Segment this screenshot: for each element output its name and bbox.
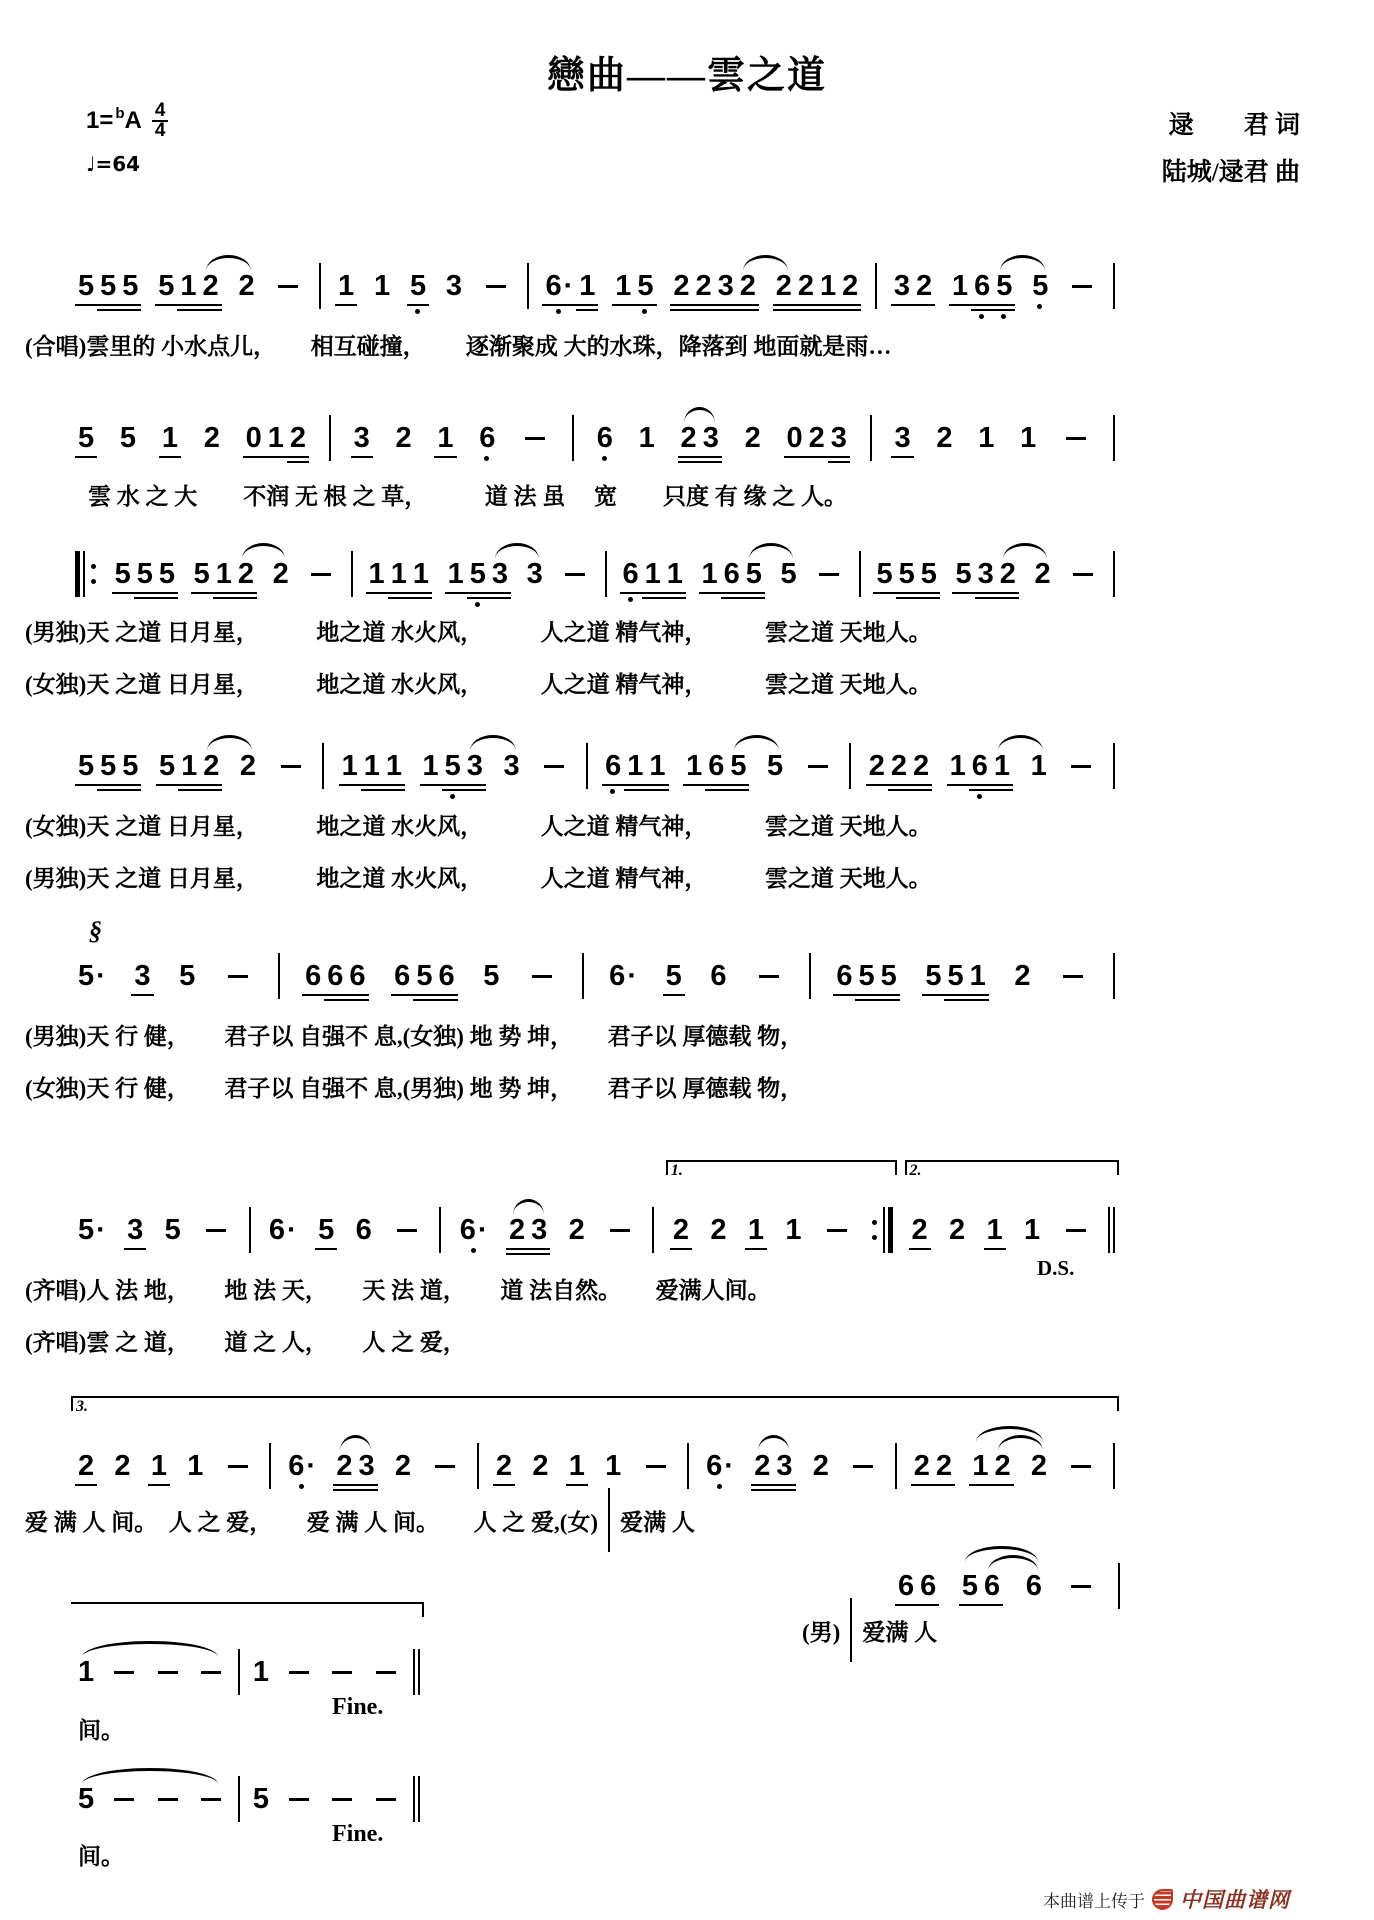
beam-underline: [177, 309, 199, 311]
tie-arc: [340, 1435, 371, 1451]
beam-underline: [213, 592, 235, 594]
dash: [390, 1229, 424, 1232]
beam-underline: [119, 309, 141, 311]
note-1: 1: [949, 271, 971, 301]
note-2: 2: [933, 1451, 955, 1481]
tie-arc: [513, 1199, 544, 1215]
beam-underline: [119, 789, 141, 791]
beam-underline: [991, 784, 1013, 786]
dash: [1056, 975, 1090, 978]
measure-row: 22116·23222116·23222122: [75, 1442, 1115, 1490]
beam-underline: [489, 592, 511, 594]
note-5: 5: [162, 1215, 184, 1245]
tie-arc: [976, 1426, 1043, 1442]
tie-arc: [82, 1768, 219, 1784]
barline: [652, 1207, 654, 1253]
note-3: 3: [464, 751, 486, 781]
beam-underline: [445, 592, 467, 594]
note-5: 5: [952, 559, 974, 589]
low-octave-dot: [628, 597, 633, 602]
dash: [1066, 437, 1086, 440]
note-5: 5: [75, 423, 97, 453]
dash: [332, 1798, 352, 1801]
dash: [603, 1229, 637, 1232]
beam-underline: [391, 994, 413, 996]
note-6: 6: [969, 751, 991, 781]
note-1: 1: [388, 559, 410, 589]
lyrics-row: (女独)天 之道 日月星， 地之道 水火风， 人之道 精气神， 雲之道 天地人。: [25, 666, 932, 699]
low-octave-dot: [556, 309, 561, 314]
beam-group: 165: [699, 559, 765, 589]
note-6: 6·: [542, 271, 576, 301]
lyric-divider-line: [850, 1598, 852, 1662]
beam-underline: [333, 1489, 355, 1491]
beam-underline: [913, 304, 935, 306]
beam-underline: [795, 304, 817, 306]
beam-group: 56: [959, 1571, 1003, 1601]
beam-underline: [997, 597, 1019, 599]
beam-underline: [745, 1248, 767, 1250]
notation-line-6: 5·356·566·23222112211D.S.1.2.: [75, 1206, 1115, 1254]
note-1: 1: [664, 559, 686, 589]
note-6: 6: [971, 271, 993, 301]
dash: [274, 765, 308, 768]
beam-underline: [737, 309, 759, 311]
dash: [812, 573, 846, 576]
dash: [525, 975, 559, 978]
note-2: 2: [235, 271, 257, 301]
beam-group: 222: [866, 751, 932, 781]
dash: [486, 285, 506, 288]
barline: [1113, 743, 1115, 789]
beam-underline: [119, 304, 141, 306]
note-1: 1: [420, 751, 442, 781]
barline: [278, 953, 280, 999]
fine-label: Fine.: [332, 1821, 383, 1848]
beam-group: 532: [952, 559, 1018, 589]
note-1: 1: [817, 271, 839, 301]
note-5: 5: [97, 751, 119, 781]
barline: [329, 415, 331, 461]
dash: [369, 1798, 403, 1801]
note-2: 2: [773, 271, 795, 301]
dash: [518, 437, 552, 440]
beam-group: 23: [506, 1215, 550, 1245]
barline: [859, 551, 861, 597]
barline: [238, 1649, 240, 1695]
beam-underline: [855, 994, 877, 996]
note-2: 2: [200, 271, 222, 301]
dash: [610, 1229, 630, 1232]
note-6: 6·: [285, 1451, 319, 1481]
note-5: 5: [922, 961, 944, 991]
beam-underline: [878, 999, 900, 1001]
note-3: 3: [891, 423, 913, 453]
beam-underline: [612, 304, 634, 306]
lyric-text: (女独)天 之道 日月星， 地之道 水火风， 人之道 精气神， 雲之道 天地人。: [25, 808, 932, 841]
beam-underline: [721, 592, 743, 594]
note-3: 3: [124, 1215, 146, 1245]
note-5: 5: [743, 559, 765, 589]
lyrics-row: (男独)天 行 健， 君子以 自强不 息,(女独) 地 势 坤， 君子以 厚德载…: [25, 1018, 803, 1051]
note-2: 2: [1028, 1451, 1050, 1481]
tie-arc: [206, 255, 251, 271]
lyric-divider-line: [608, 1488, 610, 1552]
note-6: 6·: [606, 961, 640, 991]
beam-underline: [773, 304, 795, 306]
tie-arc: [965, 1546, 1038, 1562]
beam-underline: [705, 784, 727, 786]
beam-underline: [743, 597, 765, 599]
note-1: 1: [1028, 751, 1050, 781]
beam-underline: [895, 1604, 917, 1606]
note-6: 6: [346, 961, 368, 991]
beam-underline: [971, 309, 993, 311]
note-6: 6·: [457, 1215, 491, 1245]
lyrics-row: (女独)天 行 健， 君子以 自强不 息,(男独) 地 势 坤， 君子以 厚德载…: [25, 1070, 803, 1103]
beam-underline: [839, 304, 861, 306]
dash: [228, 1465, 248, 1468]
beam-underline: [355, 1484, 377, 1486]
beam-underline: [528, 1248, 550, 1250]
beam-underline: [112, 592, 134, 594]
beam-underline: [839, 309, 861, 311]
dash: [194, 1671, 228, 1674]
beam-group: 111: [339, 751, 405, 781]
note-1: 1: [361, 751, 383, 781]
beam-group: 165: [949, 271, 1015, 301]
beam-underline: [324, 994, 346, 996]
note-2: 2: [909, 1215, 931, 1245]
beam-underline: [664, 597, 686, 599]
barline: [322, 743, 324, 789]
dash: [558, 573, 592, 576]
note-5: 5: [119, 271, 141, 301]
notation-line-2: 55120123216612320233211: [75, 414, 1115, 462]
key-prefix: 1=: [86, 107, 113, 135]
low-octave-dot: [450, 794, 455, 799]
beam-underline: [624, 789, 646, 791]
dash: [325, 1671, 359, 1674]
beam-underline: [737, 304, 759, 306]
beam-underline: [235, 597, 257, 599]
note-1: 1: [624, 751, 646, 781]
beam-underline: [949, 304, 971, 306]
dash: [201, 1671, 221, 1674]
note-2: 2: [75, 1451, 97, 1481]
final-barline: [413, 1776, 420, 1822]
lyrics-row: (男)爱满 人: [802, 1614, 937, 1662]
beam-underline: [178, 784, 200, 786]
tie-arc: [758, 1435, 789, 1451]
beam-underline: [97, 784, 119, 786]
dash: [1064, 1585, 1098, 1588]
note-1: 1: [636, 423, 658, 453]
beam-underline: [663, 994, 685, 996]
volta-bracket: [71, 1602, 424, 1618]
dash: [639, 1465, 673, 1468]
barline: [1113, 1443, 1115, 1489]
beam-underline: [952, 592, 974, 594]
beam-group: 555: [75, 751, 141, 781]
low-octave-dot: [979, 314, 984, 319]
note-5: 5: [778, 559, 800, 589]
note-5: 5: [727, 751, 749, 781]
note-5: 5: [176, 961, 198, 991]
lyric-text: (男独)天 行 健， 君子以 自强不 息,(女独) 地 势 坤， 君子以 厚德载…: [25, 1018, 803, 1051]
note-5: 5: [155, 271, 177, 301]
beam-underline: [213, 597, 235, 599]
beam-underline: [944, 999, 966, 1001]
beam-underline: [699, 592, 721, 594]
beam-underline: [991, 789, 1013, 791]
beam-underline: [969, 1484, 991, 1486]
dash: [846, 1465, 880, 1468]
note-1: 1: [434, 423, 456, 453]
note-5: 5: [156, 751, 178, 781]
volta-number: 2.: [910, 1162, 922, 1180]
beam-group: 512: [156, 751, 222, 781]
note-1: 1: [699, 559, 721, 589]
volta-number: 1.: [671, 1162, 683, 1180]
note-3: 3: [351, 423, 373, 453]
song-title: 戀曲——雲之道: [0, 44, 1374, 99]
note-2: 2: [737, 271, 759, 301]
note-1: 1: [683, 751, 705, 781]
lyric-text: (男): [802, 1614, 840, 1647]
beam-group: 555: [75, 271, 141, 301]
beam-underline: [969, 784, 991, 786]
tie-arc: [495, 543, 539, 559]
beam-underline: [828, 456, 850, 458]
note-2: 2: [201, 423, 223, 453]
low-octave-dot: [602, 456, 607, 461]
beam-underline: [124, 1248, 146, 1250]
note-1: 1: [646, 751, 668, 781]
lyrics-row: (女独)天 之道 日月星， 地之道 水火风， 人之道 精气神， 雲之道 天地人。: [25, 808, 932, 841]
dash: [107, 1798, 141, 1801]
beam-underline: [159, 456, 181, 458]
note-1: 1: [159, 423, 181, 453]
dash: [1065, 285, 1099, 288]
footer-upload-text: 本曲谱上传于: [1043, 1887, 1145, 1912]
beam-underline: [959, 1604, 981, 1606]
beam-underline: [773, 1484, 795, 1486]
lyric-text: 雲 水 之 大 不润 无 根 之 草， 道 法 虽 宽 只度 有 缘 之 人。: [88, 478, 847, 511]
beam-underline: [200, 309, 222, 311]
beam-underline: [464, 789, 486, 791]
dash: [1059, 1229, 1093, 1232]
note-2: 2: [678, 423, 700, 453]
note-1: 1: [1017, 423, 1039, 453]
dash: [1071, 765, 1091, 768]
dash: [282, 1798, 316, 1801]
note-2: 2: [1011, 961, 1033, 991]
note-2: 2: [810, 1451, 832, 1481]
note-5: 5: [855, 961, 877, 991]
beam-underline: [361, 784, 383, 786]
beam-underline: [620, 592, 642, 594]
barline: [1113, 551, 1115, 597]
note-3: 3: [528, 1215, 550, 1245]
beam-underline: [435, 999, 457, 1001]
note-6: 6: [895, 1571, 917, 1601]
barline: [572, 415, 574, 461]
beam-underline: [678, 456, 700, 458]
note-1: 1: [178, 751, 200, 781]
note-5: 5·: [75, 1215, 109, 1245]
volta-bracket: 1.: [666, 1160, 897, 1176]
beam-underline: [467, 597, 489, 599]
beam-underline: [727, 789, 749, 791]
final-barline: [413, 1649, 420, 1695]
dash: [151, 1798, 185, 1801]
beam-underline: [265, 456, 287, 458]
rest-note: 0: [243, 423, 265, 453]
augmentation-dot: ·: [306, 1451, 316, 1481]
note-1: 1: [612, 271, 634, 301]
beam-underline: [917, 1604, 939, 1606]
volta-bracket: 2.: [905, 1160, 1119, 1176]
barline: [809, 953, 811, 999]
note-6: 6: [302, 961, 324, 991]
note-2: 2: [933, 423, 955, 453]
note-6: 6: [353, 1215, 375, 1245]
note-6: 6: [1023, 1571, 1045, 1601]
qupu-site-logo-icon: [1152, 1889, 1173, 1910]
beam-underline: [806, 456, 828, 458]
tempo-marking: ♩=64: [86, 152, 140, 176]
beam-underline: [705, 789, 727, 791]
beam-underline: [388, 592, 410, 594]
beam-group: 655: [833, 961, 899, 991]
note-1: 1: [148, 1451, 170, 1481]
note-6: 6·: [266, 1215, 300, 1245]
dash: [281, 765, 301, 768]
dash: [435, 1465, 455, 1468]
barline: [439, 1207, 441, 1253]
dash: [479, 285, 513, 288]
note-5: 5: [407, 271, 429, 301]
notation-line-4: 5555122111153361116552221611: [75, 742, 1115, 790]
beam-underline: [178, 789, 200, 791]
note-5: 5: [134, 559, 156, 589]
beam-underline: [715, 304, 737, 306]
note-5: 5: [75, 751, 97, 781]
note-3: 3: [131, 961, 153, 991]
dash: [853, 1465, 873, 1468]
beam-underline: [866, 784, 888, 786]
note-1: 1: [969, 1451, 991, 1481]
note-5: 5: [873, 559, 895, 589]
lyric-text: (女独)天 之道 日月星， 地之道 水火风， 人之道 精气神， 雲之道 天地人。: [25, 666, 932, 699]
beam-underline: [683, 784, 705, 786]
low-octave-dot: [642, 309, 647, 314]
low-octave-dot: [717, 1484, 722, 1489]
beam-underline: [434, 456, 456, 458]
beam-underline: [997, 592, 1019, 594]
beam-group: 6·1: [542, 271, 598, 301]
beam-underline: [134, 592, 156, 594]
note-5: 5: [413, 961, 435, 991]
beam-group: 666: [302, 961, 368, 991]
note-6: 6: [476, 423, 498, 453]
tie-arc: [749, 543, 793, 559]
note-3: 3: [828, 423, 850, 453]
lyricist-credit: 逯 君 词: [1162, 102, 1300, 149]
beam-underline: [634, 304, 656, 306]
low-octave-dot: [1037, 304, 1042, 309]
dash: [228, 975, 248, 978]
beam-underline: [751, 1489, 773, 1491]
beam-underline: [817, 309, 839, 311]
beam-underline: [506, 1248, 528, 1250]
dash: [1064, 1465, 1098, 1468]
note-6: 6: [435, 961, 457, 991]
beam-underline: [727, 784, 749, 786]
note-6: 6: [981, 1571, 1003, 1601]
beam-underline: [817, 304, 839, 306]
beam-group: 165: [683, 751, 749, 781]
beam-group: 161: [947, 751, 1013, 781]
rest-note: 0: [784, 423, 806, 453]
beam-group: 23: [333, 1451, 377, 1481]
note-1: 1: [184, 1451, 206, 1481]
lyrics-row: 爱 满 人 间。 人 之 爱， 爱 满 人 间。 人 之 爱,(女)爱满 人: [25, 1504, 695, 1552]
note-2: 2: [670, 271, 692, 301]
lyrics-row: (合唱)雲里的 小水点儿， 相互碰撞， 逐渐聚成 大的水珠，降落到 地面就是雨…: [25, 328, 891, 361]
beam-underline: [134, 597, 156, 599]
note-1: 1: [339, 751, 361, 781]
beam-underline: [670, 309, 692, 311]
beam-underline: [855, 999, 877, 1001]
beam-underline: [442, 784, 464, 786]
note-2: 2: [795, 271, 817, 301]
dash: [107, 1671, 141, 1674]
dash: [114, 1671, 134, 1674]
beam-group: 2232: [670, 271, 759, 301]
note-3: 3: [489, 559, 511, 589]
beam-underline: [413, 994, 435, 996]
beam-underline: [335, 304, 357, 306]
dash: [1071, 1465, 1091, 1468]
beam-underline: [200, 304, 222, 306]
beam-underline: [967, 994, 989, 996]
note-2: 2: [529, 1451, 551, 1481]
dash: [1064, 765, 1098, 768]
volta-number: 3.: [76, 1398, 88, 1416]
dash: [1071, 1585, 1091, 1588]
note-1: 1: [782, 1215, 804, 1245]
dash: [544, 765, 564, 768]
beam-group: 611: [602, 751, 668, 781]
note-6: 6·: [703, 1451, 737, 1481]
note-5: 5: [878, 961, 900, 991]
lyric-text: (女独)天 行 健， 君子以 自强不 息,(男独) 地 势 坤， 君子以 厚德载…: [25, 1070, 803, 1103]
notation-line-7b: 66566: [895, 1562, 1120, 1610]
note-2: 2: [287, 423, 309, 453]
beam-underline: [602, 784, 624, 786]
measure-row: 5·3566665656·566555512: [75, 952, 1115, 1000]
note-1: 1: [371, 271, 393, 301]
lyric-text: (齐唱)人 法 地， 地 法 天， 天 法 道， 道 法自然。 爱满人间。: [25, 1272, 771, 1305]
beam-underline: [200, 784, 222, 786]
tie-arc: [998, 735, 1044, 751]
barline: [875, 263, 877, 309]
note-1: 1: [947, 751, 969, 781]
note-2: 2: [742, 423, 764, 453]
beam-underline: [200, 789, 222, 791]
